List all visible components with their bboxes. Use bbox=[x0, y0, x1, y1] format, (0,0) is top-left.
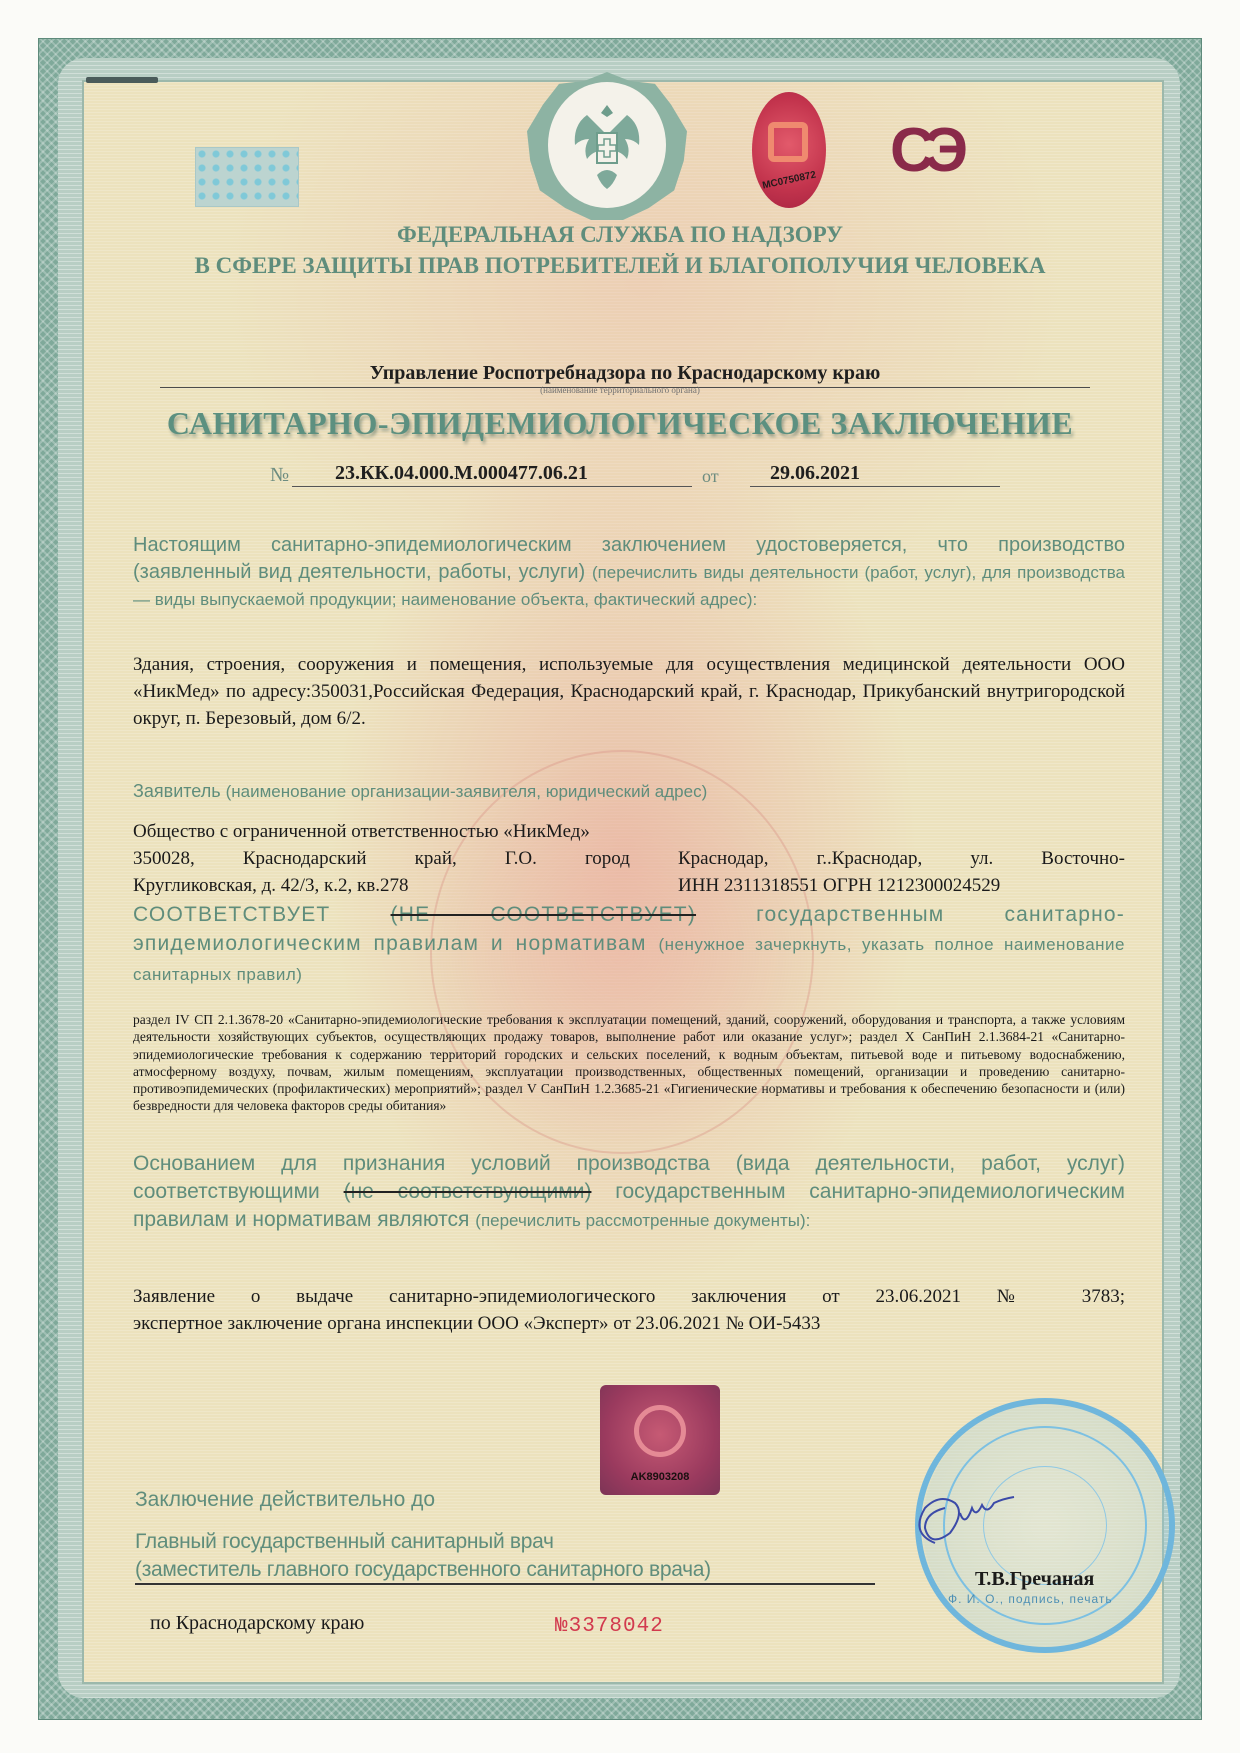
document-number: 23.КК.04.000.М.000477.06.21 bbox=[335, 462, 588, 485]
applicant-name: Общество с ограниченной ответственностью… bbox=[133, 818, 1125, 845]
basis-statement: Основанием для признания условий произво… bbox=[133, 1150, 1125, 1235]
conformity-statement: СООТВЕТСТВУЕТ (НЕ СООТВЕТСТВУЕТ) государ… bbox=[133, 900, 1125, 989]
signer-caption: Ф. И. О., подпись, печать bbox=[948, 1592, 1113, 1606]
signature-icon bbox=[905, 1488, 1025, 1558]
conforms-word: СООТВЕТСТВУЕТ bbox=[133, 903, 330, 926]
applicant-inn-ogrn: ИНН 2311318551 ОГРН 1212300024529 bbox=[678, 872, 1000, 899]
applicant-address-line1: 350028, Краснодарский край, Г.О. город К… bbox=[133, 845, 1125, 872]
territorial-body-caption: (наименование территориального органа) bbox=[0, 385, 1240, 395]
chief-title-line2: (заместитель главного государственного с… bbox=[135, 1558, 875, 1585]
applicant-address-line2: Кругликовская, д. 42/3, к.2, кв.278 bbox=[133, 875, 408, 896]
agency-name-line1: ФЕДЕРАЛЬНАЯ СЛУЖБА ПО НАДЗОРУ bbox=[0, 222, 1240, 248]
signer-name: Т.В.Гречаная bbox=[975, 1568, 1094, 1591]
form-serial-number: №3378042 bbox=[555, 1615, 664, 1638]
hologram-sticker-bottom: AK8903208 bbox=[600, 1385, 720, 1495]
applicant-hint: (наименование организации-заявителя, юри… bbox=[226, 782, 708, 801]
object-description: Здания, строения, сооружения и помещения… bbox=[133, 651, 1125, 732]
double-headed-eagle-icon bbox=[567, 95, 647, 195]
hologram-cross-icon bbox=[768, 122, 808, 162]
valid-until-label: Заключение действительно до bbox=[135, 1488, 435, 1512]
se-mark-icon: СЭ bbox=[890, 118, 1000, 184]
intro-paragraph: Настоящим санитарно-эпидемиологическим з… bbox=[133, 532, 1125, 613]
hologram-code-top: МС0750872 bbox=[761, 169, 817, 191]
reviewed-documents: Заявление о выдаче санитарно-эпидемиолог… bbox=[133, 1283, 1125, 1337]
date-underline bbox=[750, 486, 1000, 487]
security-pattern-hologram-icon bbox=[195, 147, 299, 207]
applicant-address-line2-row: Кругликовская, д. 42/3, к.2, кв.278 ИНН … bbox=[133, 872, 1125, 899]
hologram-code-bottom: AK8903208 bbox=[600, 1471, 720, 1483]
document-title: САНИТАРНО-ЭПИДЕМИОЛОГИЧЕСКОЕ ЗАКЛЮЧЕНИЕ bbox=[0, 405, 1240, 442]
hologram-sticker-top: МС0750872 bbox=[752, 92, 826, 208]
document-date: 29.06.2021 bbox=[770, 462, 860, 485]
agency-name-line2: В СФЕРЕ ЗАЩИТЫ ПРАВ ПОТРЕБИТЕЛЕЙ И БЛАГО… bbox=[0, 253, 1240, 279]
document-item: экспертное заключение органа инспекции О… bbox=[133, 1310, 1125, 1337]
document-number-row: № 23.КК.04.000.М.000477.06.21 от 29.06.2… bbox=[270, 462, 1000, 490]
basis-hint: (перечислить рассмотренные документы): bbox=[475, 1211, 810, 1230]
basis-struck: (не соответствующими) bbox=[344, 1180, 592, 1203]
date-label: от bbox=[702, 466, 719, 487]
region-label: по Краснодарскому краю bbox=[150, 1612, 364, 1635]
chief-title-line1: Главный государственный санитарный врач bbox=[135, 1530, 554, 1554]
staple bbox=[86, 77, 158, 83]
document-item: Заявление о выдаче санитарно-эпидемиолог… bbox=[133, 1283, 1125, 1310]
hologram-cross-icon bbox=[634, 1405, 686, 1457]
number-label: № bbox=[270, 464, 289, 487]
rospotrebnadzor-coat-of-arms-icon bbox=[548, 82, 666, 208]
applicant-label: Заявитель bbox=[133, 781, 221, 801]
not-conforms-struck: (НЕ СООТВЕТСТВУЕТ) bbox=[391, 903, 696, 926]
number-underline bbox=[292, 486, 692, 487]
applicant-label-row: Заявитель (наименование организации-заяв… bbox=[133, 781, 1125, 802]
sanitary-rules-list: раздел IV СП 2.1.3678-20 «Санитарно-эпид… bbox=[133, 1011, 1125, 1115]
